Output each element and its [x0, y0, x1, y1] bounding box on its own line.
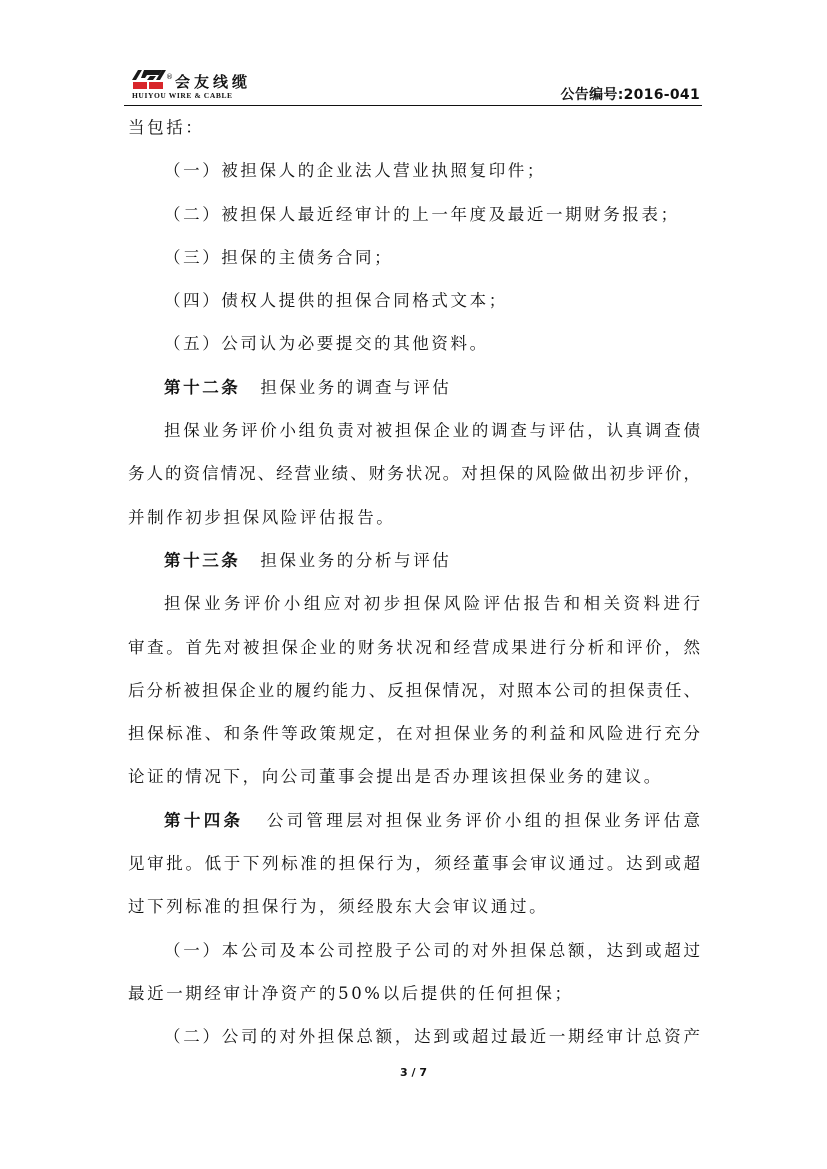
list-item: （三）担保的主债务合同；	[128, 244, 700, 287]
page-header: ® 会友线缆 HUIYOU WIRE & CABLE 公告编号:2016-041	[124, 68, 700, 106]
text-line: 担保业务评价小组应对初步担保风险评估报告和相关资料进行	[128, 590, 700, 633]
text-line: 审查。首先对被担保企业的财务状况和经营成果进行分析和评价，然	[128, 634, 700, 677]
article-number: 第十二条	[164, 378, 240, 397]
list-item: （二）被担保人最近经审计的上一年度及最近一期财务报表；	[128, 201, 700, 244]
text-line: 过下列标准的担保行为，须经股东大会审议通过。	[128, 893, 700, 936]
text-line: 当包括：	[128, 114, 700, 157]
company-logo: ® 会友线缆 HUIYOU WIRE & CABLE	[132, 70, 282, 100]
text-line: 担保标准、和条件等政策规定，在对担保业务的利益和风险进行充分	[128, 720, 700, 763]
notice-number: 公告编号:2016-041	[561, 84, 701, 104]
text-line: 并制作初步担保风险评估报告。	[128, 504, 700, 547]
page-number: 3 / 7	[0, 1066, 827, 1079]
list-item: （一）被担保人的企业法人营业执照复印件；	[128, 157, 700, 200]
article-title: 担保业务的分析与评估	[260, 551, 451, 570]
list-item: （二）公司的对外担保总额，达到或超过最近一期经审计总资产	[128, 1023, 700, 1066]
article-title: 担保业务的调查与评估	[260, 378, 451, 397]
text-line: 担保业务评价小组负责对被担保企业的调查与评估，认真调查债	[128, 417, 700, 460]
text-line: 见审批。低于下列标准的担保行为，须经董事会审议通过。达到或超	[128, 850, 700, 893]
logo-mark-icon	[132, 70, 166, 90]
document-body: 当包括： （一）被担保人的企业法人营业执照复印件； （二）被担保人最近经审计的上…	[128, 114, 700, 1067]
text-line: 务人的资信情况、经营业绩、财务状况。对担保的风险做出初步评价，	[128, 460, 700, 503]
article-number: 第十三条	[164, 551, 240, 570]
article-13-heading: 第十三条担保业务的分析与评估	[128, 547, 700, 590]
text-line: 论证的情况下，向公司董事会提出是否办理该担保业务的建议。	[128, 763, 700, 806]
list-item: （四）债权人提供的担保合同格式文本；	[128, 287, 700, 330]
article-12-heading: 第十二条担保业务的调查与评估	[128, 374, 700, 417]
article-number: 第十四条	[164, 811, 243, 830]
registered-mark: ®	[166, 73, 173, 81]
text-line: 后分析被担保企业的履约能力、反担保情况，对照本公司的担保责任、	[128, 677, 700, 720]
list-item: （一）本公司及本公司控股子公司的对外担保总额，达到或超过	[128, 937, 700, 980]
logo-chinese-name: 会友线缆	[175, 71, 251, 92]
article-text: 公司管理层对担保业务评价小组的担保业务评估意	[263, 811, 700, 830]
logo-english-name: HUIYOU WIRE & CABLE	[132, 91, 233, 100]
header-divider	[124, 105, 702, 106]
article-14-heading: 第十四条公司管理层对担保业务评价小组的担保业务评估意	[128, 807, 700, 850]
list-item: （五）公司认为必要提交的其他资料。	[128, 330, 700, 373]
text-line: 最近一期经审计净资产的50%以后提供的任何担保；	[128, 980, 700, 1023]
